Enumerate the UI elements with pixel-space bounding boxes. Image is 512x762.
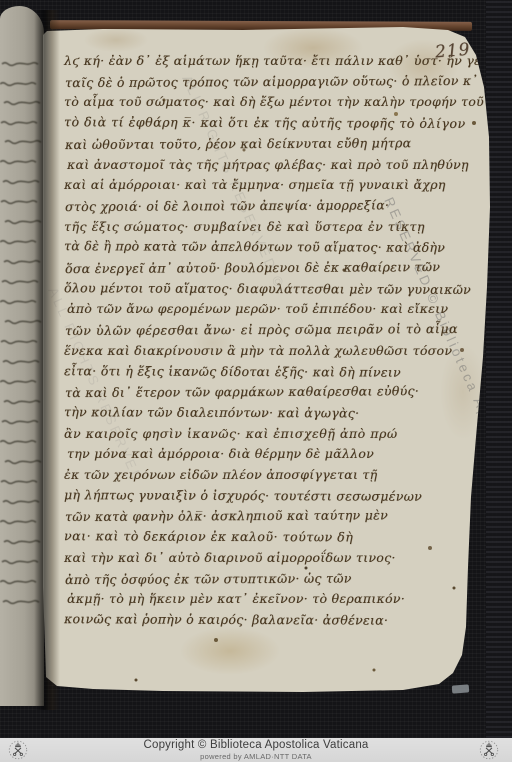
manuscript-line: καὶ ὠθοῦνται τοῦτο, ῥέον καὶ δείκνυται ε…	[65, 133, 461, 156]
manuscript-line: ὅσα ἐνεργεῖ ἀπ᾽ αὐτοῦ· βουλόμενοι δὲ ἐκ …	[65, 257, 461, 280]
manuscript-line: τῆς ἕξις σώματος· συμβαίνει δὲ καὶ ὕστερ…	[64, 217, 460, 238]
manuscript-line: καὶ τὴν καὶ δι᾽ αὐτὸ διαρινοῦ αἱμορροΐδω…	[64, 548, 460, 569]
manuscript-line: τὰ καὶ δι᾽ ἕτερον τῶν φαρμάκων καθαίρεσθ…	[65, 381, 461, 404]
book-gutter-shadow	[34, 10, 60, 710]
manuscript-line: τὸ αἷμα τοῦ σώματος· καὶ δὴ ἔξω μέντοι τ…	[64, 92, 460, 113]
manuscript-line: ἕνεκα καὶ διακρίνουσιν ἃ μὴν τὰ πολλὰ χω…	[64, 341, 460, 362]
manuscript-line: τῶν ὑλῶν φέρεσθαι ἄνω· εἰ πρὸς σῶμα πειρ…	[65, 319, 461, 342]
manuscript-line: μὴ λήπτως γυναιξὶν ὁ ἰσχυρός· τουτέστι σ…	[64, 485, 460, 507]
manuscript-line: κοινῶς καὶ ῥοπὴν ὁ καιρός· βαλανεῖα· ἀσθ…	[64, 609, 460, 631]
manuscript-viewer-image: RESERVED © Biblioteca Apostolica Vatican…	[0, 0, 512, 762]
manuscript-line: τὸ διὰ τί ἐφθάρη κ̅· καὶ ὅτι ἐκ τῆς αὐτῆ…	[64, 112, 460, 134]
manuscript-line: ὅλου μέντοι τοῦ αἵματος· διαφυλάττεσθαι …	[64, 278, 460, 300]
manuscript-line: ἐκ τῶν χειρόνων εἰδῶν πλέον ἀποσφίγγεται…	[64, 465, 460, 486]
manuscript-line: καὶ αἱ ἀμόρροιαι· καὶ τὰ ἔμμηνα· σημεῖα …	[64, 175, 460, 196]
manuscript-line: ἀπὸ τῆς ὀσφύος ἐκ τῶν στυπτικῶν· ὡς τῶν	[65, 568, 461, 591]
manuscript-line: λϛ κή· ἐὰν δ᾽ ἐξ αἱμάτων ἥκῃ ταῦτα· ἔτι …	[64, 51, 460, 72]
vatican-emblem-icon	[8, 740, 28, 760]
manuscript-line: εἶτα· ὅτι ἡ ἕξις ἱκανῶς δίδοται ἑξῆς· κα…	[64, 361, 460, 383]
manuscript-line: τὴν κοιλίαν τῶν διαλειπόντων· καὶ ἀγωγὰς…	[64, 402, 460, 424]
cloth-background-texture	[486, 0, 512, 738]
manuscript-line: τῶν κατὰ φανὴν ὁλκ̅· ἀσκληπιοῦ καὶ ταύτη…	[65, 505, 461, 528]
manuscript-line: ἀκμῇ· τὸ μὴ ἥκειν μὲν κατ᾽ ἐκεῖνον· τὸ θ…	[67, 589, 463, 610]
footer-bar: Copyright © Biblioteca Apostolica Vatica…	[0, 738, 512, 762]
manuscript-line: καὶ ἀναστομοῖ τὰς τῆς μήτρας φλέβας· καὶ…	[67, 155, 463, 176]
folio-number: 219	[434, 39, 471, 62]
manuscript-line: στὸς χροιά· οἱ δὲ λοιποὶ τῶν ἀπεψία· ἀμο…	[65, 195, 461, 218]
manuscript-page: RESERVED © Biblioteca Apostolica Vatican…	[43, 27, 491, 697]
footer-copyright: Copyright © Biblioteca Apostolica Vatica…	[143, 740, 368, 752]
footer-powered-by: powered by AMLAD·NTT DATA	[143, 753, 368, 761]
manuscript-line: ταῖς δὲ ὁ πρῶτος τρόπος τῶν αἱμορραγιῶν …	[65, 71, 461, 94]
manuscript-text-block: λϛ κή· ἐὰν δ᾽ ἐξ αἱμάτων ἥκῃ ταῦτα· ἔτι …	[64, 51, 460, 631]
footer-text: Copyright © Biblioteca Apostolica Vatica…	[143, 740, 368, 761]
manuscript-line: ναι· καὶ τὸ δεκάριον ἐκ καλοῦ· τούτων δὴ	[64, 526, 460, 548]
page-corner-fragment	[452, 684, 470, 693]
manuscript-line: την μόνα καὶ ἀμόρροια· διὰ θέρμην δὲ μᾶλ…	[67, 444, 463, 465]
manuscript-line: τὰ δὲ ἢ πρὸ κατὰ τῶν ἀπελθόντων τοῦ αἵμα…	[64, 236, 460, 258]
manuscript-line: ἀπὸ τῶν ἄνω φερομένων μερῶν· τοῦ ἐπιπέδο…	[67, 299, 463, 320]
vatican-emblem-icon	[479, 740, 499, 760]
manuscript-line: ἂν καιροῖς φησὶν ἱκανῶς· καὶ ἐπισχεθῇ ἀπ…	[64, 424, 460, 445]
